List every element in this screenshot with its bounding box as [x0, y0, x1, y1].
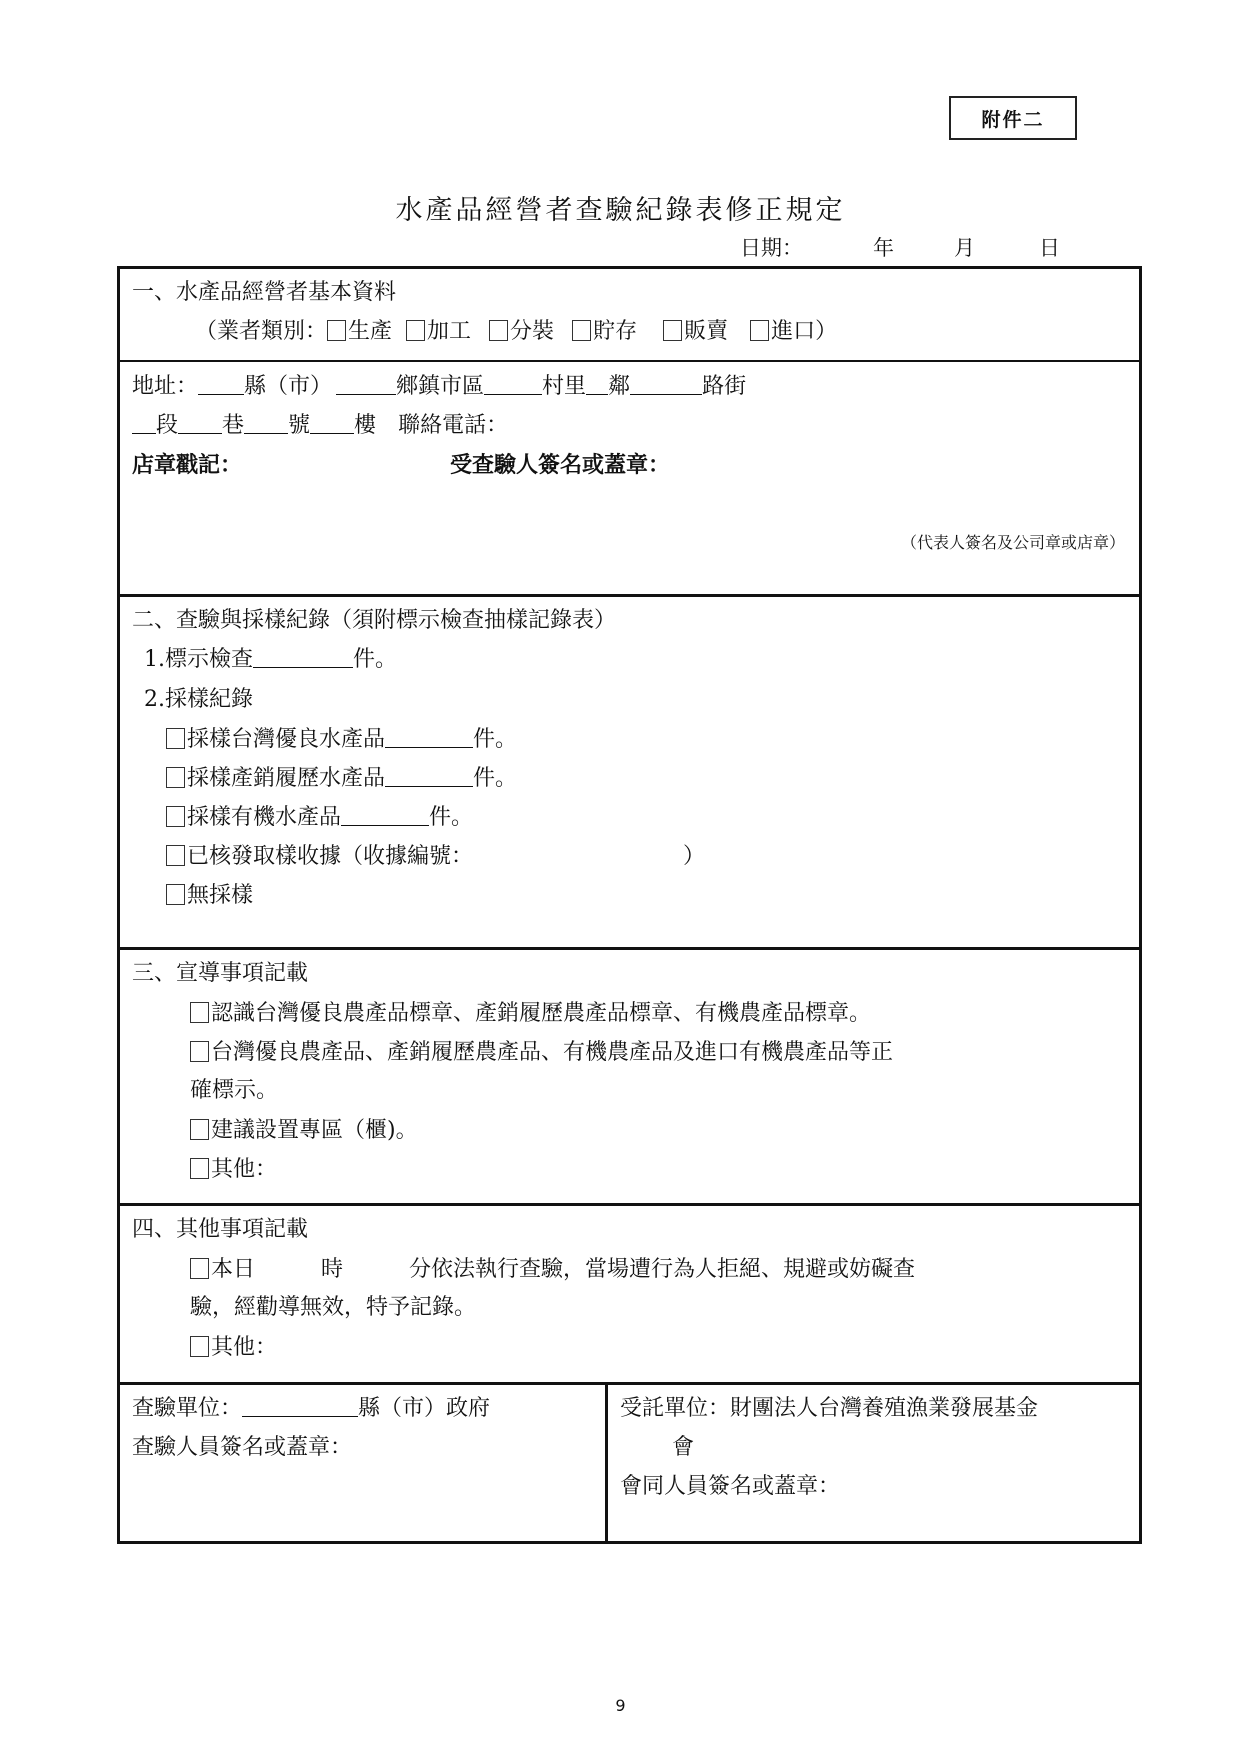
sample-checkbox-traceability[interactable] — [166, 767, 185, 788]
sample-checkbox-tgap[interactable] — [166, 728, 185, 749]
no-sample-checkbox[interactable] — [166, 884, 185, 905]
road-field[interactable] — [630, 393, 702, 395]
promotion-item: 其他： — [190, 1158, 277, 1181]
refusal-hour-label: 時 — [321, 1257, 343, 1282]
type-label: 加工 — [427, 319, 471, 344]
date-month-label: 月 — [954, 236, 975, 260]
inspection-form: 一、水產品經營者基本資料 （業者類別：生產加工分裝貯存販賣進口） 地址：縣（市）… — [117, 266, 1142, 1544]
neighborhood-field[interactable] — [586, 393, 608, 395]
promotion-checkbox-marking[interactable] — [190, 1041, 209, 1062]
promotion-item: 台灣優良農產品、產銷履歷農產品、有機農產品及進口有機農產品等正 — [190, 1041, 893, 1064]
section-signatures: 查驗單位：縣（市）政府 查驗人員簽名或蓋章： 受託單位：財團法人台灣養殖漁業發展… — [120, 1385, 1139, 1541]
county-field[interactable] — [198, 393, 244, 395]
address-label: 地址： — [132, 374, 198, 399]
promotion-label-cont: 確標示。 — [190, 1080, 278, 1102]
section-basic-info: 一、水產品經營者基本資料 （業者類別：生產加工分裝貯存販賣進口） 地址：縣（市）… — [120, 269, 1139, 596]
entrusted-unit-label-cont: 會 — [672, 1437, 694, 1459]
type-label: 分裝 — [510, 319, 554, 344]
promotion-label: 建議設置專區（櫃)。 — [211, 1118, 418, 1143]
type-label: 販賣 — [684, 319, 728, 344]
inspector-signature-area[interactable] — [132, 1465, 592, 1535]
accompanying-sign-label: 會同人員簽名或蓋章： — [620, 1476, 840, 1498]
township-label: 鄉鎮市區 — [396, 374, 484, 399]
type-checkbox-storage[interactable]: 貯存 — [572, 319, 637, 344]
promotion-item: 認識台灣優良農產品標章、產銷履歷農產品標章、有機農產品標章。 — [190, 1002, 871, 1025]
receipt-close-paren: ） — [683, 844, 705, 869]
sample-label: 採樣有機水產品 — [187, 805, 341, 830]
label-check-label: 1.標示檢查 — [144, 647, 253, 672]
section2-heading: 二、查驗與採樣紀錄（須附標示檢查抽樣記錄表） — [132, 610, 616, 632]
no-sample-label: 無採樣 — [187, 883, 253, 908]
refusal-text: 分依法執行查驗，當場遭行為人拒絕、規避或妨礙查 — [409, 1257, 915, 1282]
sample-unit: 件。 — [473, 727, 517, 752]
village-label: 村里 — [542, 374, 586, 399]
type-label: 貯存 — [593, 319, 637, 344]
type-checkbox-processing[interactable]: 加工 — [406, 319, 471, 344]
floor-label: 樓 — [354, 413, 376, 438]
receipt-label: 已核發取樣收據（收據編號： — [187, 844, 473, 869]
sample-row: 採樣有機水產品件。 — [166, 806, 473, 829]
promotion-label: 台灣優良農產品、產銷履歷農產品、有機農產品及進口有機農產品等正 — [211, 1040, 893, 1065]
promotion-label: 其他： — [211, 1157, 277, 1182]
section-inspection-sampling: 二、查驗與採樣紀錄（須附標示檢查抽樣記錄表） 1.標示檢查件。 2.採樣紀錄 採… — [120, 597, 1139, 947]
business-type-row: （業者類別：生產加工分裝貯存販賣進口） — [195, 320, 837, 343]
type-checkbox-import[interactable]: 進口 — [750, 319, 815, 344]
signature-area[interactable] — [132, 484, 1127, 574]
label-check-row: 1.標示檢查件。 — [144, 649, 397, 671]
sample-count-field[interactable] — [341, 824, 429, 826]
sample-count-field[interactable] — [385, 785, 473, 787]
other-row: 其他： — [190, 1336, 277, 1359]
sample-row: 採樣產銷履歷水產品件。 — [166, 767, 517, 790]
label-check-unit: 件。 — [353, 647, 397, 672]
sample-label: 採樣產銷履歷水產品 — [187, 766, 385, 791]
refusal-day-label: 本日 — [211, 1257, 255, 1282]
lane-label: 巷 — [222, 413, 244, 438]
number-label: 號 — [288, 413, 310, 438]
neighborhood-label: 鄰 — [608, 374, 630, 399]
type-checkbox-retail[interactable]: 販賣 — [663, 319, 728, 344]
inspectee-sign-label: 受查驗人簽名或蓋章： — [450, 455, 670, 477]
receipt-row: 已核發取樣收據（收據編號：） — [166, 845, 705, 868]
section3-heading: 三、宣導事項記載 — [132, 963, 308, 985]
promotion-checkbox-other[interactable] — [190, 1158, 209, 1179]
type-checkbox-production[interactable]: 生產 — [327, 319, 392, 344]
refusal-text-cont: 驗，經勸導無效，特予記錄。 — [190, 1297, 476, 1319]
sample-row: 採樣台灣優良水產品件。 — [166, 728, 517, 751]
type-close-paren: ） — [815, 319, 837, 344]
township-field[interactable] — [336, 393, 396, 395]
section-promotion: 三、宣導事項記載 認識台灣優良農產品標章、產銷履歷農產品標章、有機農產品標章。 … — [120, 950, 1139, 1207]
label-check-count-field[interactable] — [253, 666, 353, 668]
date-label: 日期： — [740, 236, 803, 260]
sign-note: （代表人簽名及公司章或店章） — [901, 535, 1125, 551]
date-line: 日期：年月日 — [740, 232, 1060, 262]
accompanying-signature-area[interactable] — [620, 1503, 1120, 1537]
shop-stamp-label: 店章戳記： — [132, 455, 242, 477]
floor-field[interactable] — [310, 432, 354, 434]
inspection-unit-suffix: 縣（市）政府 — [358, 1396, 490, 1421]
lane-field[interactable] — [178, 432, 222, 434]
phone-label: 聯絡電話： — [398, 413, 508, 438]
county-label: 縣（市） — [244, 374, 332, 399]
other-label: 其他： — [211, 1335, 277, 1360]
sample-label: 採樣台灣優良水產品 — [187, 727, 385, 752]
section1-heading: 一、水產品經營者基本資料 — [132, 282, 396, 304]
address-row-1: 地址：縣（市）鄉鎮市區村里鄰路街 — [132, 376, 746, 398]
sample-unit: 件。 — [473, 766, 517, 791]
date-year-label: 年 — [873, 236, 894, 260]
road-label: 路街 — [702, 374, 746, 399]
section4-heading: 四、其他事項記載 — [132, 1219, 308, 1241]
promotion-label: 認識台灣優良農產品標章、產銷履歷農產品標章、有機農產品標章。 — [211, 1001, 871, 1026]
village-field[interactable] — [484, 393, 542, 395]
business-type-label: （業者類別： — [195, 319, 327, 344]
no-sample-row: 無採樣 — [166, 884, 253, 907]
number-field[interactable] — [244, 432, 288, 434]
address-row-2: 段巷號樓聯絡電話： — [132, 415, 708, 437]
section-other-matters: 四、其他事項記載 本日時分依法執行查驗，當場遭行為人拒絕、規避或妨礙查 驗，經勸… — [120, 1206, 1139, 1382]
section-label: 段 — [156, 413, 178, 438]
promotion-checkbox-labels[interactable] — [190, 1002, 209, 1023]
attachment-label: 附件二 — [949, 96, 1077, 140]
sample-checkbox-organic[interactable] — [166, 806, 185, 827]
divider — [120, 360, 1139, 362]
promotion-checkbox-counter[interactable] — [190, 1119, 209, 1140]
refusal-checkbox[interactable] — [190, 1258, 209, 1279]
type-label: 進口 — [771, 319, 815, 344]
promotion-item: 建議設置專區（櫃)。 — [190, 1119, 418, 1142]
page-number: 9 — [0, 1696, 1241, 1715]
type-label: 生產 — [348, 319, 392, 344]
sampling-record-label: 2.採樣紀錄 — [144, 689, 253, 711]
inspection-unit-label: 查驗單位： — [132, 1396, 242, 1421]
other-checkbox[interactable] — [190, 1336, 209, 1357]
inspection-unit-field[interactable] — [242, 1415, 358, 1417]
refusal-row: 本日時分依法執行查驗，當場遭行為人拒絕、規避或妨礙查 — [190, 1258, 915, 1281]
form-title: 水產品經營者查驗紀錄表修正規定 — [0, 188, 1241, 227]
type-checkbox-packaging[interactable]: 分裝 — [489, 319, 554, 344]
inspector-sign-label: 查驗人員簽名或蓋章： — [132, 1437, 352, 1459]
sample-count-field[interactable] — [385, 746, 473, 748]
receipt-checkbox[interactable] — [166, 845, 185, 866]
column-divider — [605, 1385, 608, 1541]
section-field[interactable] — [132, 432, 156, 434]
inspection-unit-row: 查驗單位：縣（市）政府 — [132, 1398, 490, 1420]
sample-unit: 件。 — [429, 805, 473, 830]
entrusted-unit-label: 受託單位：財團法人台灣養殖漁業發展基金 — [620, 1398, 1038, 1420]
date-day-label: 日 — [1039, 236, 1060, 260]
